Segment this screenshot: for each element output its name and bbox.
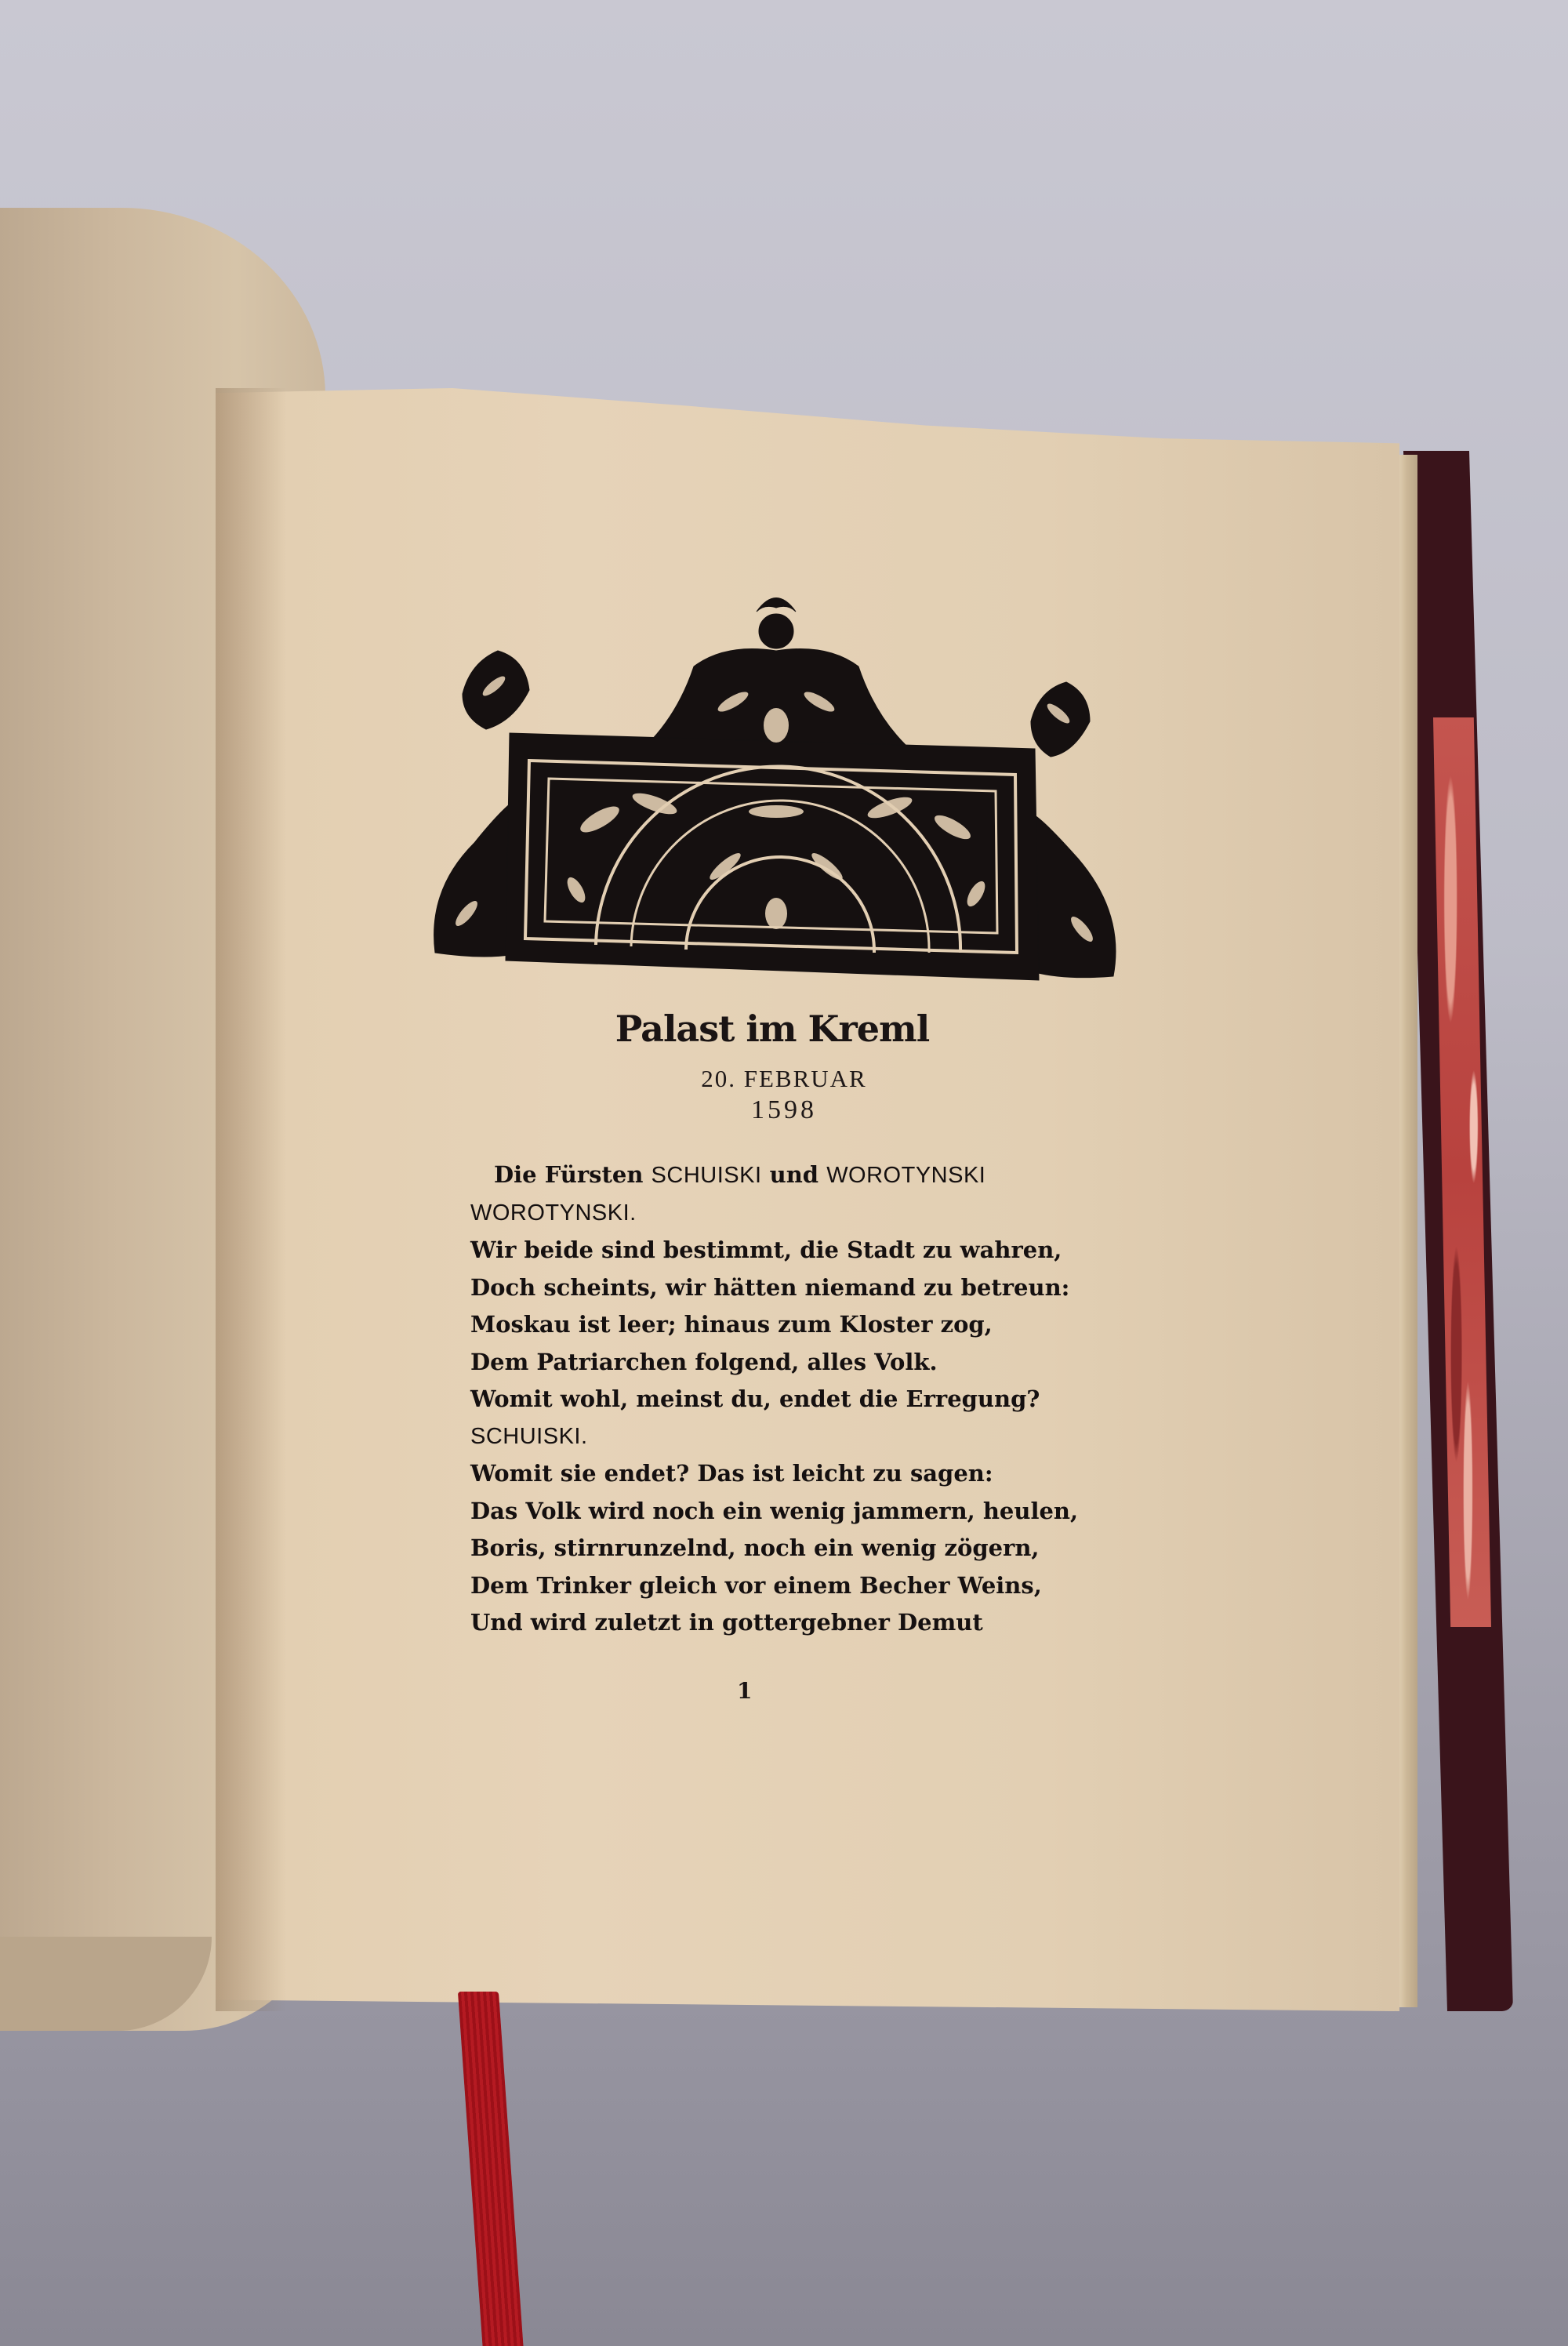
- stage-conjunction: und: [770, 1161, 818, 1188]
- gutter-shadow: [216, 388, 286, 2011]
- page-number: 1: [737, 1678, 752, 1704]
- verse-line: Moskau ist leer; hinaus zum Kloster zog,: [470, 1306, 1082, 1344]
- stage-prefix: Die Fürsten: [494, 1161, 643, 1188]
- scene-year: 1598: [0, 1095, 1568, 1125]
- verse-line: Womit sie endet? Das ist leicht zu sagen…: [470, 1455, 1082, 1493]
- verse-line: Womit wohl, meinst du, endet die Erregun…: [470, 1381, 1082, 1418]
- verse-text: Die Fürsten SCHUISKI und WOROTYNSKI WORO…: [470, 1157, 1082, 1642]
- woodcut-headpiece-icon: [419, 584, 1129, 1008]
- verse-line: Dem Trinker gleich vor einem Becher Wein…: [470, 1567, 1082, 1605]
- verse-line: Das Volk wird noch ein wenig jammern, he…: [470, 1493, 1082, 1531]
- speaker-label: SCHUISKI.: [470, 1418, 1082, 1456]
- verse-line: Dem Patriarchen folgend, alles Volk.: [470, 1344, 1082, 1382]
- character-name: SCHUISKI: [652, 1163, 762, 1188]
- scene-title: Palast im Kreml: [0, 1008, 1568, 1050]
- verse-line: Wir beide sind bestimmt, die Stadt zu wa…: [470, 1232, 1082, 1269]
- scene-date: 20. FEBRUAR: [0, 1065, 1568, 1093]
- character-name: WOROTYNSKI: [826, 1163, 985, 1188]
- bookmark-ribbon[interactable]: [458, 1992, 524, 2346]
- stage-direction: Die Fürsten SCHUISKI und WOROTYNSKI: [470, 1157, 1082, 1195]
- verse-line: Boris, stirnrunzelnd, noch ein wenig zög…: [470, 1530, 1082, 1567]
- speaker-label: WOROTYNSKI.: [470, 1195, 1082, 1233]
- verse-line: Und wird zuletzt in gottergebner Demut: [470, 1604, 1082, 1642]
- verse-line: Doch scheints, wir hätten niemand zu bet…: [470, 1269, 1082, 1307]
